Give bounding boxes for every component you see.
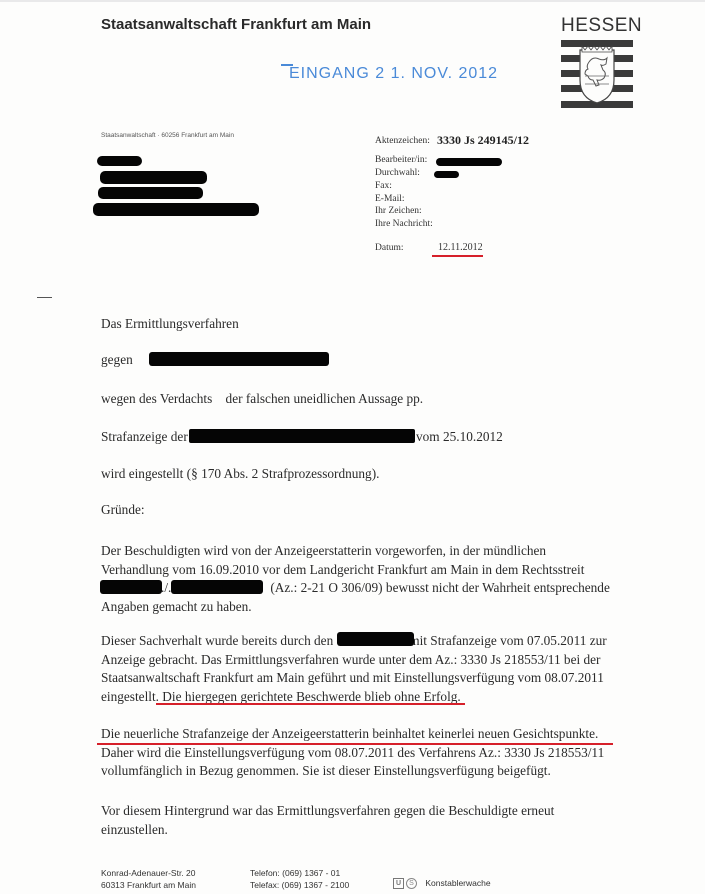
received-stamp: EINGANG 2 1. NOV. 2012 bbox=[289, 65, 498, 83]
ihre-nachricht-label: Ihre Nachricht: bbox=[375, 219, 433, 229]
p1-line-1: Der Beschuldigten wird von der Anzeigeer… bbox=[101, 542, 661, 561]
p1-separator: ./. bbox=[161, 580, 171, 595]
footer-transit: US Konstablerwache bbox=[393, 877, 491, 889]
p4-line-2: einzustellen. bbox=[101, 821, 661, 840]
beschwerde-underline-annotation bbox=[156, 703, 465, 705]
fold-mark bbox=[37, 297, 52, 298]
complaint-prefix: Strafanzeige der bbox=[101, 429, 188, 445]
recipient-redaction bbox=[98, 187, 203, 199]
subject-line: Das Ermittlungsverfahren bbox=[101, 316, 239, 332]
footer-phone: Telefon: (069) 1367 - 01 Telefax: (069) … bbox=[250, 867, 349, 891]
email-label: E-Mail: bbox=[375, 194, 405, 204]
recipient-redaction bbox=[93, 203, 259, 216]
accused-redaction bbox=[149, 352, 329, 366]
ubahn-icon: U bbox=[393, 878, 404, 889]
document-page: Staatsanwaltschaft Frankfurt am Main HES… bbox=[0, 2, 705, 894]
footer-street: Konrad-Adenauer-Str. 20 bbox=[101, 867, 196, 879]
p4-line-1: Vor diesem Hintergrund war das Ermittlun… bbox=[101, 802, 661, 821]
p2-line-3: Staatsanwaltschaft Frankfurt am Main gef… bbox=[101, 669, 661, 688]
datum-value: 12.11.2012 bbox=[438, 242, 483, 253]
complaint-date: vom 25.10.2012 bbox=[416, 429, 503, 445]
gesichtspunkte-underline-annotation bbox=[97, 743, 613, 745]
footer-address: Konrad-Adenauer-Str. 20 60313 Frankfurt … bbox=[101, 867, 196, 891]
reason-paragraph-1: Der Beschuldigten wird von der Anzeigeer… bbox=[101, 542, 661, 616]
reason-paragraph-4: Vor diesem Hintergrund war das Ermittlun… bbox=[101, 802, 661, 839]
hessen-coat-of-arms-icon bbox=[561, 40, 633, 108]
datum-label: Datum: bbox=[375, 243, 404, 253]
reason-paragraph-3: Die neuerliche Strafanzeige der Anzeigee… bbox=[101, 725, 661, 781]
party-redaction bbox=[171, 580, 263, 594]
aktenzeichen-label: Aktenzeichen: bbox=[375, 136, 430, 146]
footer-city: 60313 Frankfurt am Main bbox=[101, 879, 196, 891]
reasons-heading: Gründe: bbox=[101, 502, 145, 518]
prior-complainant-redaction bbox=[337, 632, 414, 646]
bearbeiter-redaction bbox=[436, 158, 502, 166]
ihr-zeichen-label: Ihr Zeichen: bbox=[375, 206, 422, 216]
footer-telefax: Telefax: (069) 1367 - 2100 bbox=[250, 879, 349, 891]
fax-label: Fax: bbox=[375, 181, 392, 191]
date-underline-annotation bbox=[432, 255, 483, 257]
p3-line-2: Daher wird die Einstellungsverfügung vom… bbox=[101, 744, 661, 763]
p2-line-2: Anzeige gebracht. Das Ermittlungsverfahr… bbox=[101, 651, 661, 670]
recipient-redaction bbox=[97, 156, 142, 166]
recipient-redaction bbox=[100, 171, 207, 184]
p1-line-4: Angaben gemacht zu haben. bbox=[101, 598, 661, 617]
p1-line-3-rest: (Az.: 2-21 O 306/09) bewusst nicht der W… bbox=[270, 580, 610, 595]
p1-line-2: Verhandlung vom 16.09.2010 vor dem Landg… bbox=[101, 561, 661, 580]
durchwahl-redaction bbox=[434, 171, 459, 178]
highlighted-sentence: Die hiergegen gerichtete Beschwerde blie… bbox=[162, 689, 460, 704]
durchwahl-label: Durchwahl: bbox=[375, 168, 420, 178]
footer-station: Konstablerwache bbox=[425, 878, 490, 888]
complainant-redaction bbox=[189, 429, 415, 443]
gegen-label: gegen bbox=[101, 352, 133, 368]
sender-return-address: Staatsanwaltschaft · 60256 Frankfurt am … bbox=[101, 132, 234, 139]
footer-telefon: Telefon: (069) 1367 - 01 bbox=[250, 867, 349, 879]
sbahn-icon: S bbox=[406, 878, 417, 889]
p3-line-1: Die neuerliche Strafanzeige der Anzeigee… bbox=[101, 725, 661, 744]
agency-name: Staatsanwaltschaft Frankfurt am Main bbox=[101, 16, 371, 33]
dismissal-line: wird eingestellt (§ 170 Abs. 2 Strafproz… bbox=[101, 466, 379, 482]
aktenzeichen-value: 3330 Js 249145/12 bbox=[437, 133, 529, 148]
bearbeiter-label: Bearbeiter/in: bbox=[375, 155, 427, 165]
p3-line-3: vollumfänglich in Bezug genommen. Sie is… bbox=[101, 762, 661, 781]
charge-line: wegen des Verdachts der falschen uneidli… bbox=[101, 391, 423, 407]
state-logo-text: HESSEN bbox=[561, 15, 642, 37]
party-redaction bbox=[100, 580, 162, 594]
